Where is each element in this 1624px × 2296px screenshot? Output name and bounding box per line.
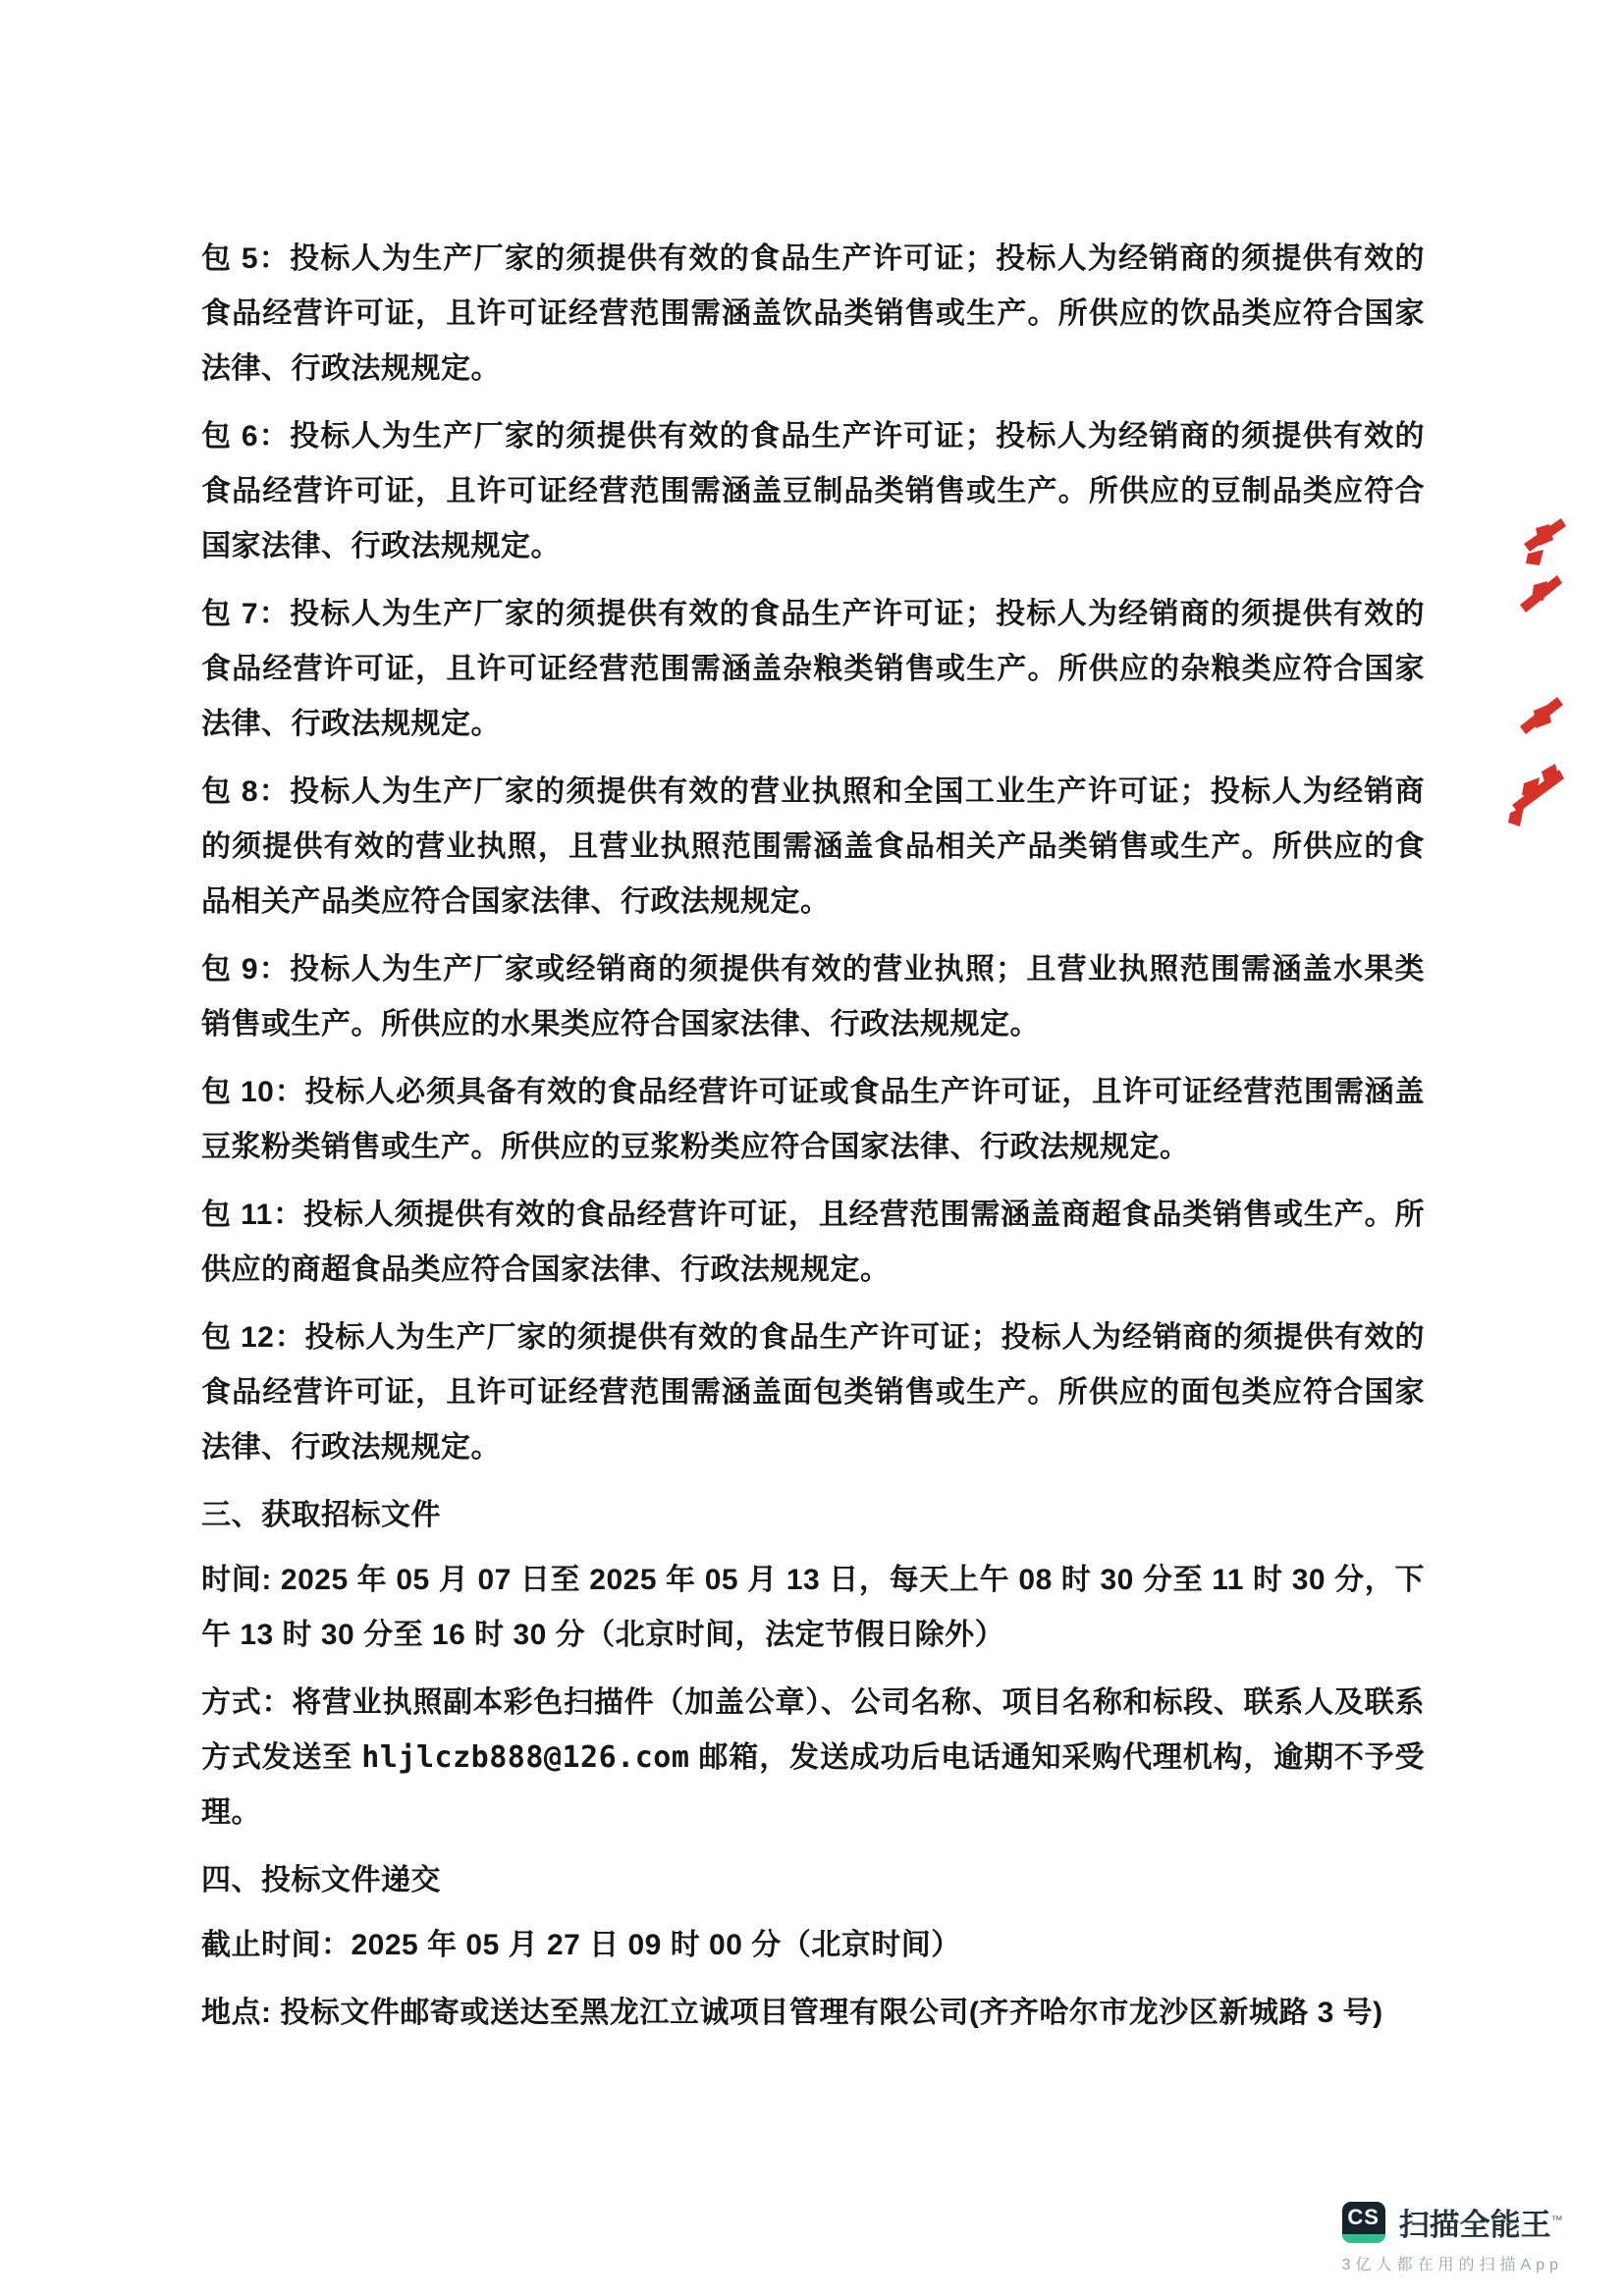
section4-heading: 四、投标文件递交 [201, 1853, 1425, 1908]
camscanner-watermark: CS 扫描全能王™ 3亿人都在用的扫描App [1342, 2200, 1563, 2274]
contact-email: hljlczb888@126.com [361, 1740, 689, 1775]
section3-heading: 三、获取招标文件 [201, 1488, 1425, 1543]
paragraph-package-12: 包 12：投标人为生产厂家的须提供有效的食品生产许可证；投标人为经销商的须提供有… [201, 1310, 1425, 1475]
camscanner-app-name: 扫描全能王™ [1399, 2200, 1563, 2244]
paragraph-package-7: 包 7：投标人为生产厂家的须提供有效的食品生产许可证；投标人为经销商的须提供有效… [201, 587, 1425, 752]
camscanner-logo-icon: CS [1342, 2202, 1385, 2243]
cs-logo-accent-strip [1342, 2234, 1385, 2243]
paragraph-package-9: 包 9：投标人为生产厂家或经销商的须提供有效的营业执照；且营业执照范围需涵盖水果… [201, 942, 1425, 1052]
trademark-symbol: ™ [1551, 2214, 1563, 2227]
scanned-document-page: 包 5：投标人为生产厂家的须提供有效的食品生产许可证；投标人为经销商的须提供有效… [0, 0, 1624, 2296]
section3-method-line: 方式：将营业执照副本彩色扫描件（加盖公章）、公司名称、项目名称和标段、联系人及联… [201, 1676, 1425, 1841]
red-seal-fragment-top-icon [1510, 510, 1569, 648]
paragraph-package-11: 包 11：投标人须提供有效的食品经营许可证，且经营范围需涵盖商超食品类销售或生产… [201, 1188, 1425, 1298]
cs-logo-letters: CS [1342, 2205, 1385, 2230]
section4-location-line: 地点: 投标文件邮寄或送达至黑龙江立诚项目管理有限公司(齐齐哈尔市龙沙区新城路 … [201, 1986, 1425, 2041]
paragraph-package-6: 包 6：投标人为生产厂家的须提供有效的食品生产许可证；投标人为经销商的须提供有效… [201, 409, 1425, 574]
paragraph-package-5: 包 5：投标人为生产厂家的须提供有效的食品生产许可证；投标人为经销商的须提供有效… [201, 232, 1425, 397]
section4-deadline-line: 截止时间：2025 年 05 月 27 日 09 时 00 分（北京时间） [201, 1918, 1425, 1973]
document-body: 包 5：投标人为生产厂家的须提供有效的食品生产许可证；投标人为经销商的须提供有效… [201, 232, 1425, 2054]
paragraph-package-10: 包 10：投标人必须具备有效的食品经营许可证或食品生产许可证，且许可证经营范围需… [201, 1065, 1425, 1175]
camscanner-tagline: 3亿人都在用的扫描App [1342, 2252, 1563, 2274]
red-seal-fragment-bottom-icon [1504, 687, 1567, 834]
paragraph-package-8: 包 8：投标人为生产厂家的须提供有效的营业执照和全国工业生产许可证；投标人为经销… [201, 765, 1425, 930]
section3-time-line: 时间: 2025 年 05 月 07 日至 2025 年 05 月 13 日，每… [201, 1553, 1425, 1663]
